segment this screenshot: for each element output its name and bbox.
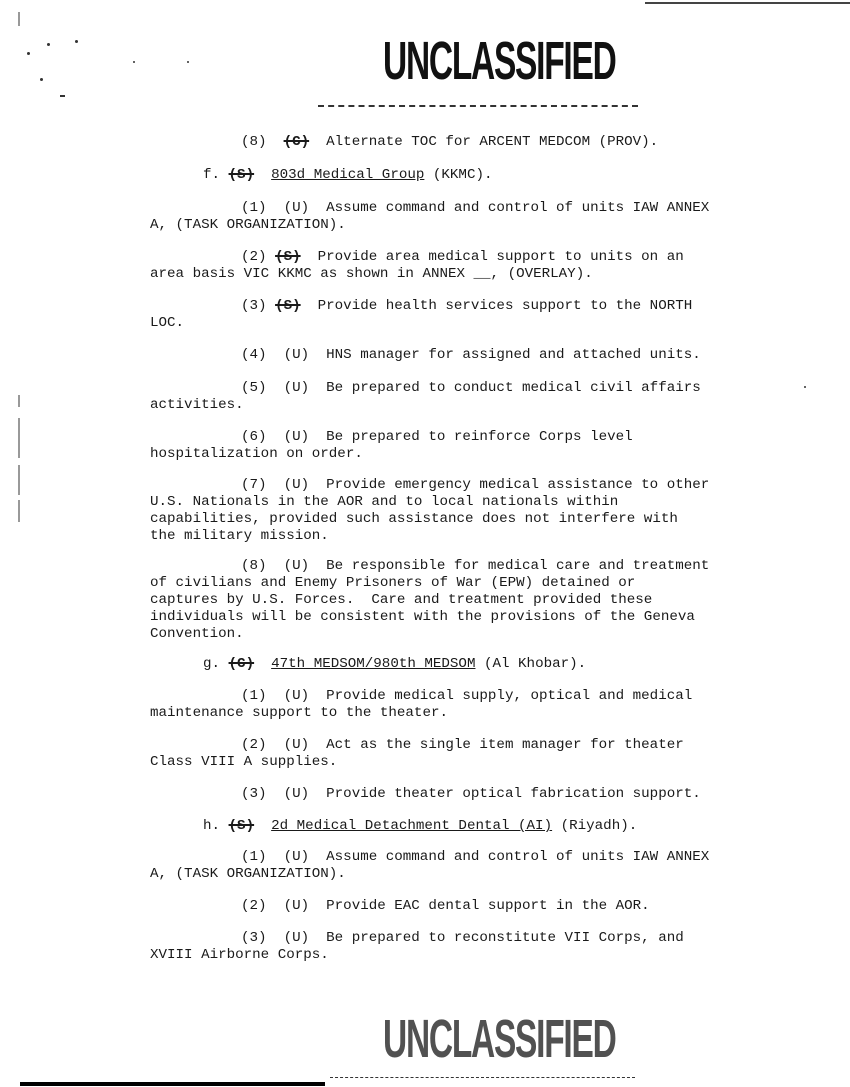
scan-edge-bottom [20,1082,325,1086]
classification-stamp-top: UNCLASSIFIED [383,34,616,88]
document-page: UNCLASSIFIED (8) (C) Alternate TOC for A… [0,0,850,1087]
paragraph-f7-line4: the military mission. [150,528,329,545]
paragraph-g1-line1: (1) (U) Provide medical supply, optical … [241,688,692,705]
struck-classification-marking: (C) [284,134,310,150]
unit-title: 2d Medical Detachment Dental (AI) [271,818,552,834]
paragraph-h3-line1: (3) (U) Be prepared to reconstitute VII … [241,930,684,947]
struck-classification-marking: (S) [275,249,301,265]
section-heading-h: h. (S) 2d Medical Detachment Dental (AI)… [203,818,637,835]
paragraph-h1-line2: A, (TASK ORGANIZATION). [150,866,346,883]
margin-mark [18,500,20,522]
scan-speck [187,61,189,63]
section-heading-g: g. (C) 47th MEDSOM/980th MEDSOM (Al Khob… [203,656,586,673]
margin-mark [18,395,20,407]
struck-classification-marking: (S) [275,298,301,314]
paragraph-f5-line2: activities. [150,397,244,414]
struck-classification-marking: (S) [229,167,255,183]
paragraph-f6-line1: (6) (U) Be prepared to reinforce Corps l… [241,429,633,446]
paragraph-f4-line1: (4) (U) HNS manager for assigned and att… [241,347,701,364]
paragraph-f3-line1: (3) (S) Provide health services support … [241,298,692,315]
scan-edge-top [645,2,850,4]
paragraph-g2-line1: (2) (U) Act as the single item manager f… [241,737,684,754]
paragraph-h3-line2: XVIII Airborne Corps. [150,947,329,964]
paragraph-g3-line1: (3) (U) Provide theater optical fabricat… [241,786,701,803]
stamp-dashed-underline [318,105,638,107]
paragraph-f1-line2: A, (TASK ORGANIZATION). [150,217,346,234]
paragraph-f8-line3: captures by U.S. Forces. Care and treatm… [150,592,652,609]
paragraph-h1-line1: (1) (U) Assume command and control of un… [241,849,709,866]
margin-mark [18,12,20,26]
stamp-dashed-underline [330,1077,635,1078]
section-heading-f: f. (S) 803d Medical Group (KKMC). [203,167,493,184]
paragraph-f7-line3: capabilities, provided such assistance d… [150,511,678,528]
paragraph-f7-line1: (7) (U) Provide emergency medical assist… [241,477,709,494]
paragraph-f5-line1: (5) (U) Be prepared to conduct medical c… [241,380,701,397]
paragraph-f8-line5: Convention. [150,626,244,643]
paragraph-f1-line1: (1) (U) Assume command and control of un… [241,200,709,217]
scan-speck [40,78,43,81]
scan-speck [133,61,135,63]
unit-title: 803d Medical Group [271,167,424,183]
paragraph-f2-line2: area basis VIC KKMC as shown in ANNEX __… [150,266,593,283]
paragraph-e8: (8) (C) Alternate TOC for ARCENT MEDCOM … [241,134,658,151]
paragraph-f8-line1: (8) (U) Be responsible for medical care … [241,558,709,575]
classification-stamp-bottom: UNCLASSIFIED [383,1012,616,1066]
paragraph-h2-line1: (2) (U) Provide EAC dental support in th… [241,898,650,915]
paragraph-f8-line2: of civilians and Enemy Prisoners of War … [150,575,635,592]
struck-classification-marking: (S) [229,818,255,834]
margin-mark [18,418,20,458]
scan-speck [47,43,50,46]
struck-classification-marking: (C) [229,656,255,672]
scan-speck [27,52,30,55]
paragraph-g1-line2: maintenance support to the theater. [150,705,448,722]
paragraph-f8-line4: individuals will be consistent with the … [150,609,695,626]
paragraph-f3-line2: LOC. [150,315,184,332]
paragraph-g2-line2: Class VIII A supplies. [150,754,337,771]
scan-speck [60,95,65,97]
paragraph-f2-line1: (2) (S) Provide area medical support to … [241,249,684,266]
margin-mark [18,465,20,495]
paragraph-f6-line2: hospitalization on order. [150,446,363,463]
unit-title: 47th MEDSOM/980th MEDSOM [271,656,475,672]
scan-speck [75,40,78,43]
scan-speck [804,386,806,388]
paragraph-f7-line2: U.S. Nationals in the AOR and to local n… [150,494,618,511]
